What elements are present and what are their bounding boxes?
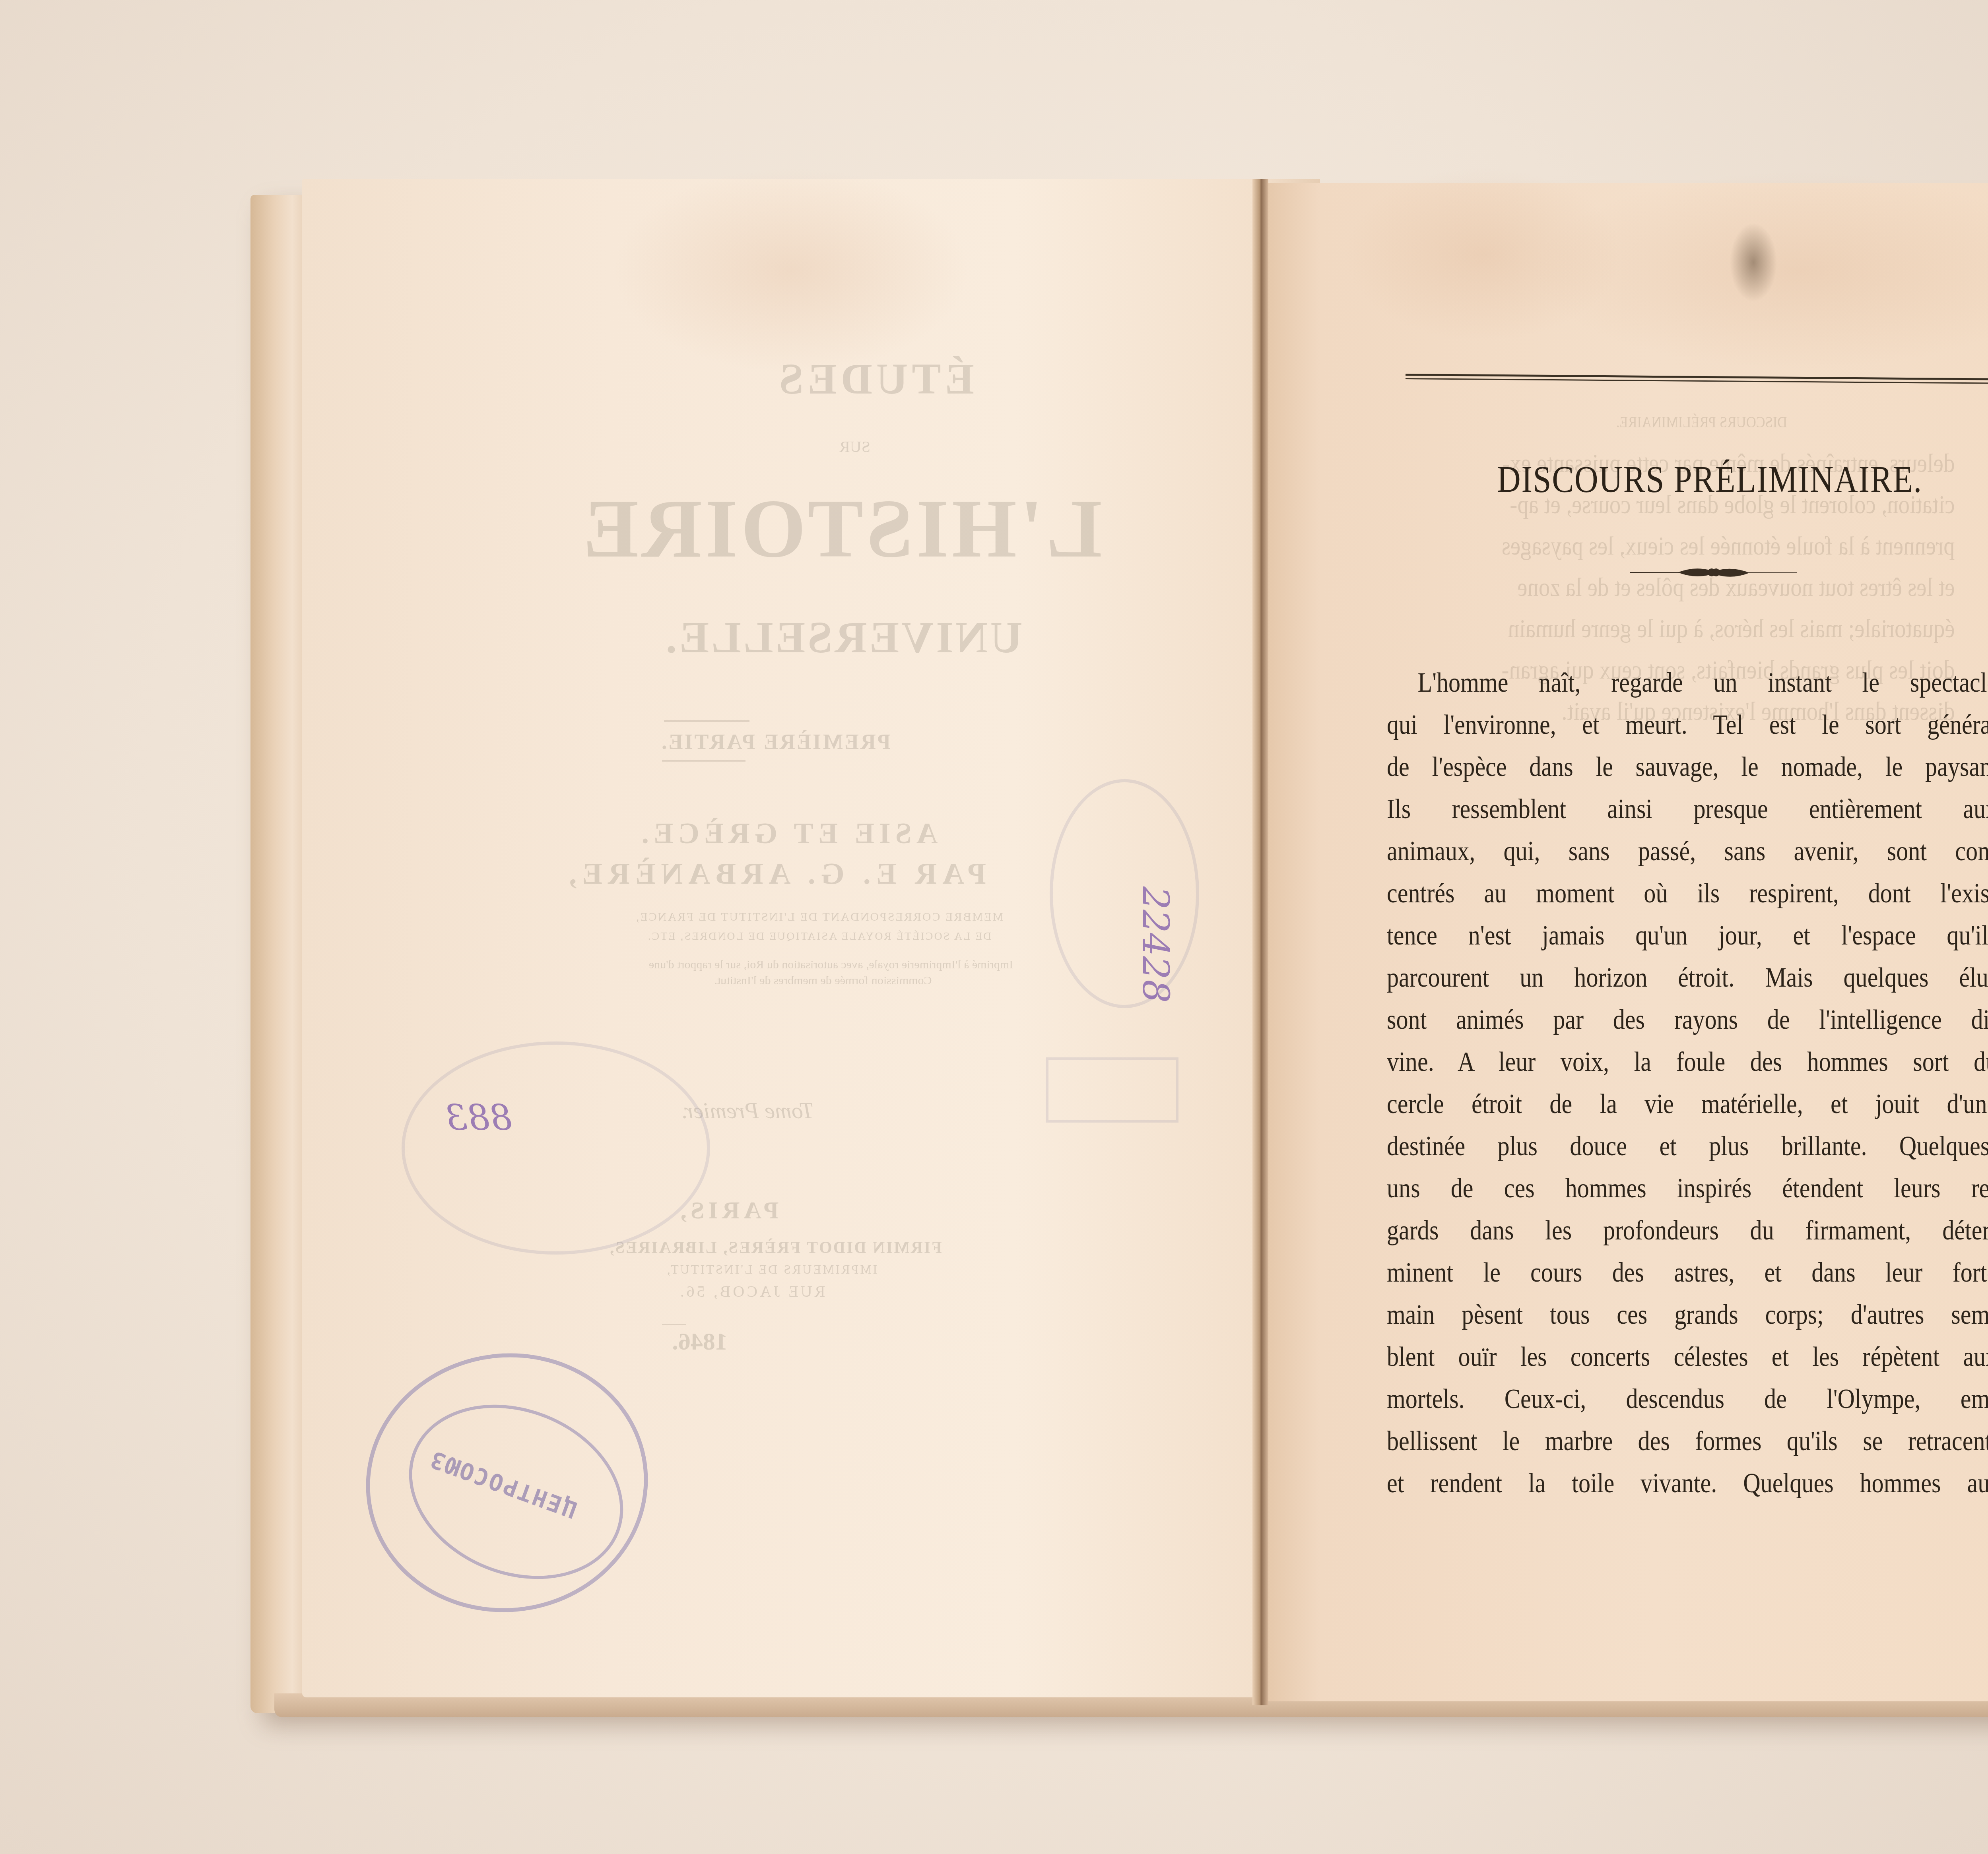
faint-rectangle-stamp	[1046, 1057, 1178, 1123]
ghost-author: PAR E. G. ARBANÈRE,	[608, 857, 986, 891]
faint-circular-stamp	[402, 1041, 710, 1255]
ghost-rule	[664, 720, 749, 722]
ghost-publisher-role: IMPRIMEURS DE L'INSTITUT,	[620, 1262, 922, 1277]
text-line: L'homme naît, regarde un instant le spec…	[1387, 662, 1988, 704]
ghost-address: RUE JACOB, 56.	[628, 1282, 875, 1301]
ghost-publisher: FIRMIN DIDOT FRÈRES, LIBRAIRES,	[596, 1238, 954, 1257]
ghost-imprint-note: Imprimé à l'Imprimerie royale, avec auto…	[596, 958, 1066, 972]
ghost-rule	[662, 1324, 686, 1325]
ghost-rule	[662, 760, 745, 762]
ghost-title-histoire: L'HISTOIRE	[533, 481, 1149, 577]
text-line: blent ouïr les concerts célestes et les …	[1387, 1336, 1988, 1378]
ghost-part: PREMIÈRE PARTIE.	[620, 729, 930, 754]
text-line: mortels. Ceux-ci, descendus de l'Olympe,…	[1387, 1378, 1988, 1420]
text-line: main pèsent tous ces grands corps; d'aut…	[1387, 1294, 1988, 1336]
text-line: animaux, qui, sans passé, sans avenir, s…	[1387, 830, 1988, 873]
text-line: et rendent la toile vivante. Quelques ho…	[1387, 1462, 1988, 1505]
ghost-imprint-note: Commission formée de membres de l'Instit…	[684, 974, 962, 987]
text-line: uns de ces hommes inspirés étendent leur…	[1387, 1167, 1988, 1210]
chapter-title: DISCOURS PRÉLIMINAIRE.	[1429, 457, 1988, 501]
ghost-author-credit: MEMBRE CORRESPONDANT DE L'INSTITUT DE FR…	[600, 910, 1038, 924]
text-line: qui l'environne, et meurt. Tel est le so…	[1387, 704, 1988, 746]
chapter-body-text: L'homme naît, regarde un instant le spec…	[1387, 662, 1988, 1505]
ink-smudge	[1730, 223, 1777, 302]
page-stack-left-edge	[250, 195, 310, 1713]
ghost-year: 1846.	[636, 1328, 763, 1356]
text-line: cercle étroit de la vie matérielle, et j…	[1387, 1083, 1988, 1125]
text-line: centrés au moment où ils respirent, dont…	[1387, 873, 1988, 915]
book-gutter	[1252, 179, 1268, 1705]
handwritten-number: 883	[445, 1097, 512, 1138]
text-line: de l'espèce dans le sauvage, le nomade, …	[1387, 746, 1988, 788]
text-line: vine. A leur voix, la foule des hommes s…	[1387, 1041, 1988, 1083]
ghost-title-universelle: UNIVERSELLE.	[608, 612, 1077, 663]
ornamental-divider-icon	[1630, 564, 1797, 580]
text-line: minent le cours des astres, et dans leur…	[1387, 1252, 1988, 1294]
ghost-author-credit: DE LA SOCIÉTÉ ROYALE ASIATIQUE DE LONDRE…	[620, 930, 1018, 943]
ghost-title-etudes: ÉTUDES	[736, 354, 1014, 404]
ghost-title-sur: SUR	[795, 437, 914, 456]
text-line: destinée plus douce et plus brillante. Q…	[1387, 1125, 1988, 1167]
text-line: sont animés par des rayons de l'intellig…	[1387, 999, 1988, 1041]
foxing-stain	[612, 167, 970, 374]
text-line: tence n'est jamais qu'un jour, et l'espa…	[1387, 915, 1988, 957]
text-line: bellissent le marbre des formes qu'ils s…	[1387, 1420, 1988, 1462]
text-line: Ils ressemblent ainsi presque entièremen…	[1387, 788, 1988, 830]
text-line: gards dans les profondeurs du firmament,…	[1387, 1210, 1988, 1252]
handwritten-margin-number: 22428	[1134, 886, 1177, 1003]
ghost-subtitle: ASIE ET GRÈCE.	[616, 817, 958, 851]
text-line: parcourent un horizon étroit. Mais quelq…	[1387, 957, 1988, 999]
